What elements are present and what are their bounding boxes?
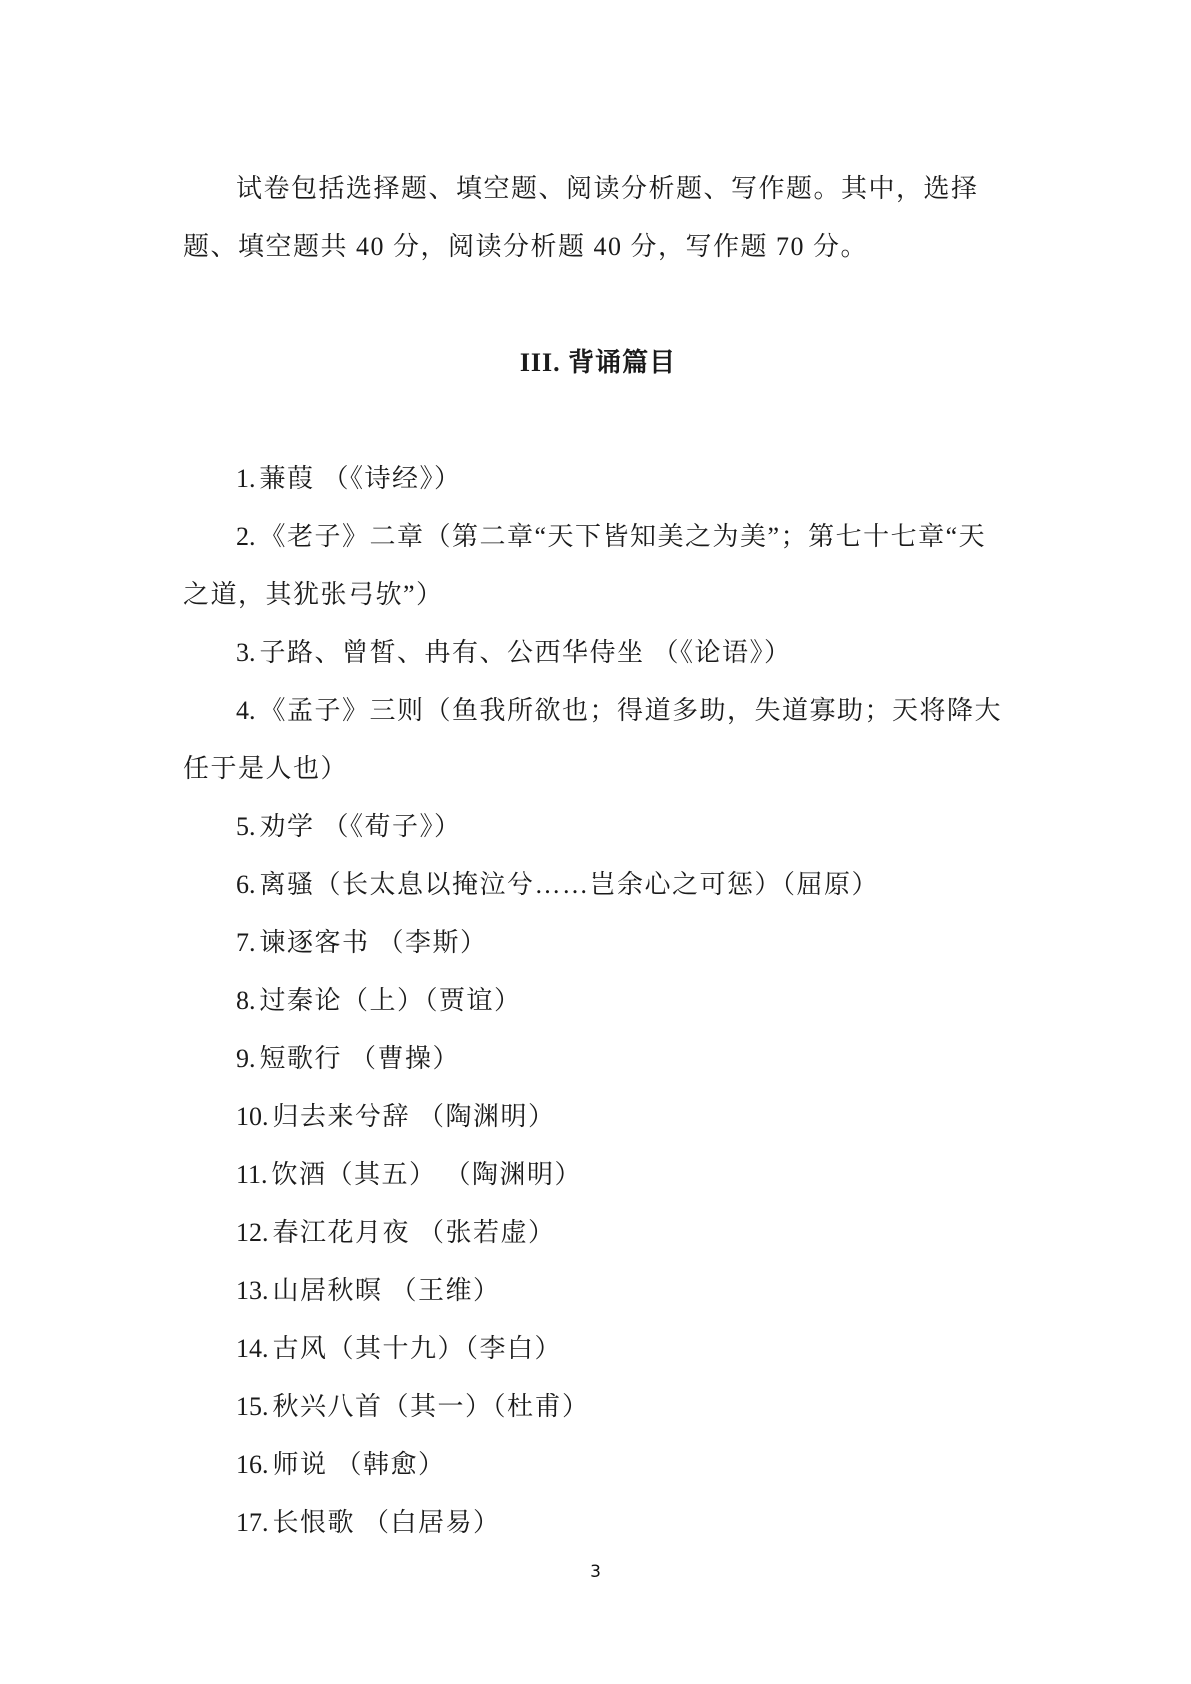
list-item: 3.子路、曾皙、冉有、公西华侍坐 （《论语》） <box>183 624 1013 682</box>
item-number: 2. <box>236 522 256 551</box>
item-number: 8. <box>236 986 256 1015</box>
item-text: 山居秋暝 （王维） <box>273 1276 501 1305</box>
document-page: 试卷包括选择题、填空题、阅读分析题、写作题。其中，选择题、填空题共 40 分，阅… <box>0 0 1191 1684</box>
item-text: 《孟子》三则（鱼我所欲也；得道多助，失道寡助；天将降大任于是人也） <box>183 696 1002 783</box>
item-number: 4. <box>236 696 256 725</box>
list-item: 6.离骚（长太息以掩泣兮……岂余心之可惩）（屈原） <box>183 856 1013 914</box>
item-text: 长恨歌 （白居易） <box>273 1508 501 1537</box>
list-item: 4.《孟子》三则（鱼我所欲也；得道多助，失道寡助；天将降大任于是人也） <box>183 682 1013 798</box>
list-item: 16.师说 （韩愈） <box>183 1436 1013 1494</box>
recitation-list: 1.蒹葭 （《诗经》） 2.《老子》二章（第二章“天下皆知美之为美”；第七十七章… <box>183 450 1013 1552</box>
item-number: 6. <box>236 870 256 899</box>
item-text: 《老子》二章（第二章“天下皆知美之为美”；第七十七章“天之道，其犹张弓欤”） <box>183 522 986 609</box>
item-number: 10. <box>236 1102 269 1131</box>
item-text: 子路、曾皙、冉有、公西华侍坐 （《论语》） <box>260 638 792 667</box>
item-number: 1. <box>236 464 256 493</box>
item-text: 归去来兮辞 （陶渊明） <box>273 1102 556 1131</box>
list-item: 10.归去来兮辞 （陶渊明） <box>183 1088 1013 1146</box>
page-number: 3 <box>0 1562 1191 1582</box>
item-number: 15. <box>236 1392 269 1421</box>
item-number: 12. <box>236 1218 269 1247</box>
item-text: 过秦论（上）（贾谊） <box>260 986 522 1015</box>
item-text: 秋兴八首（其一）（杜甫） <box>273 1392 590 1421</box>
list-item: 11.饮酒（其五） （陶渊明） <box>183 1146 1013 1204</box>
item-number: 13. <box>236 1276 269 1305</box>
item-text: 谏逐客书 （李斯） <box>260 928 488 957</box>
item-number: 11. <box>236 1160 268 1189</box>
intro-paragraph: 试卷包括选择题、填空题、阅读分析题、写作题。其中，选择题、填空题共 40 分，阅… <box>183 160 1013 276</box>
list-item: 8.过秦论（上）（贾谊） <box>183 972 1013 1030</box>
item-text: 短歌行 （曹操） <box>260 1044 461 1073</box>
section-heading: III. 背诵篇目 <box>183 334 1013 392</box>
item-number: 7. <box>236 928 256 957</box>
list-item: 13.山居秋暝 （王维） <box>183 1262 1013 1320</box>
item-number: 16. <box>236 1450 269 1479</box>
item-text: 饮酒（其五） （陶渊明） <box>272 1160 583 1189</box>
list-item: 1.蒹葭 （《诗经》） <box>183 450 1013 508</box>
item-text: 劝学 （《荀子》） <box>260 812 462 841</box>
page-content: 试卷包括选择题、填空题、阅读分析题、写作题。其中，选择题、填空题共 40 分，阅… <box>183 160 1013 1552</box>
list-item: 12.春江花月夜 （张若虚） <box>183 1204 1013 1262</box>
item-number: 17. <box>236 1508 269 1537</box>
list-item: 17.长恨歌 （白居易） <box>183 1494 1013 1552</box>
item-text: 古风（其十九）（李白） <box>273 1334 563 1363</box>
item-text: 蒹葭 （《诗经》） <box>260 464 462 493</box>
item-number: 5. <box>236 812 256 841</box>
list-item: 2.《老子》二章（第二章“天下皆知美之为美”；第七十七章“天之道，其犹张弓欤”） <box>183 508 1013 624</box>
item-text: 春江花月夜 （张若虚） <box>273 1218 556 1247</box>
item-text: 师说 （韩愈） <box>273 1450 446 1479</box>
item-number: 3. <box>236 638 256 667</box>
list-item: 14.古风（其十九）（李白） <box>183 1320 1013 1378</box>
list-item: 7.谏逐客书 （李斯） <box>183 914 1013 972</box>
item-number: 14. <box>236 1334 269 1363</box>
list-item: 9.短歌行 （曹操） <box>183 1030 1013 1088</box>
list-item: 15.秋兴八首（其一）（杜甫） <box>183 1378 1013 1436</box>
item-number: 9. <box>236 1044 256 1073</box>
item-text: 离骚（长太息以掩泣兮……岂余心之可惩）（屈原） <box>260 870 880 899</box>
list-item: 5.劝学 （《荀子》） <box>183 798 1013 856</box>
